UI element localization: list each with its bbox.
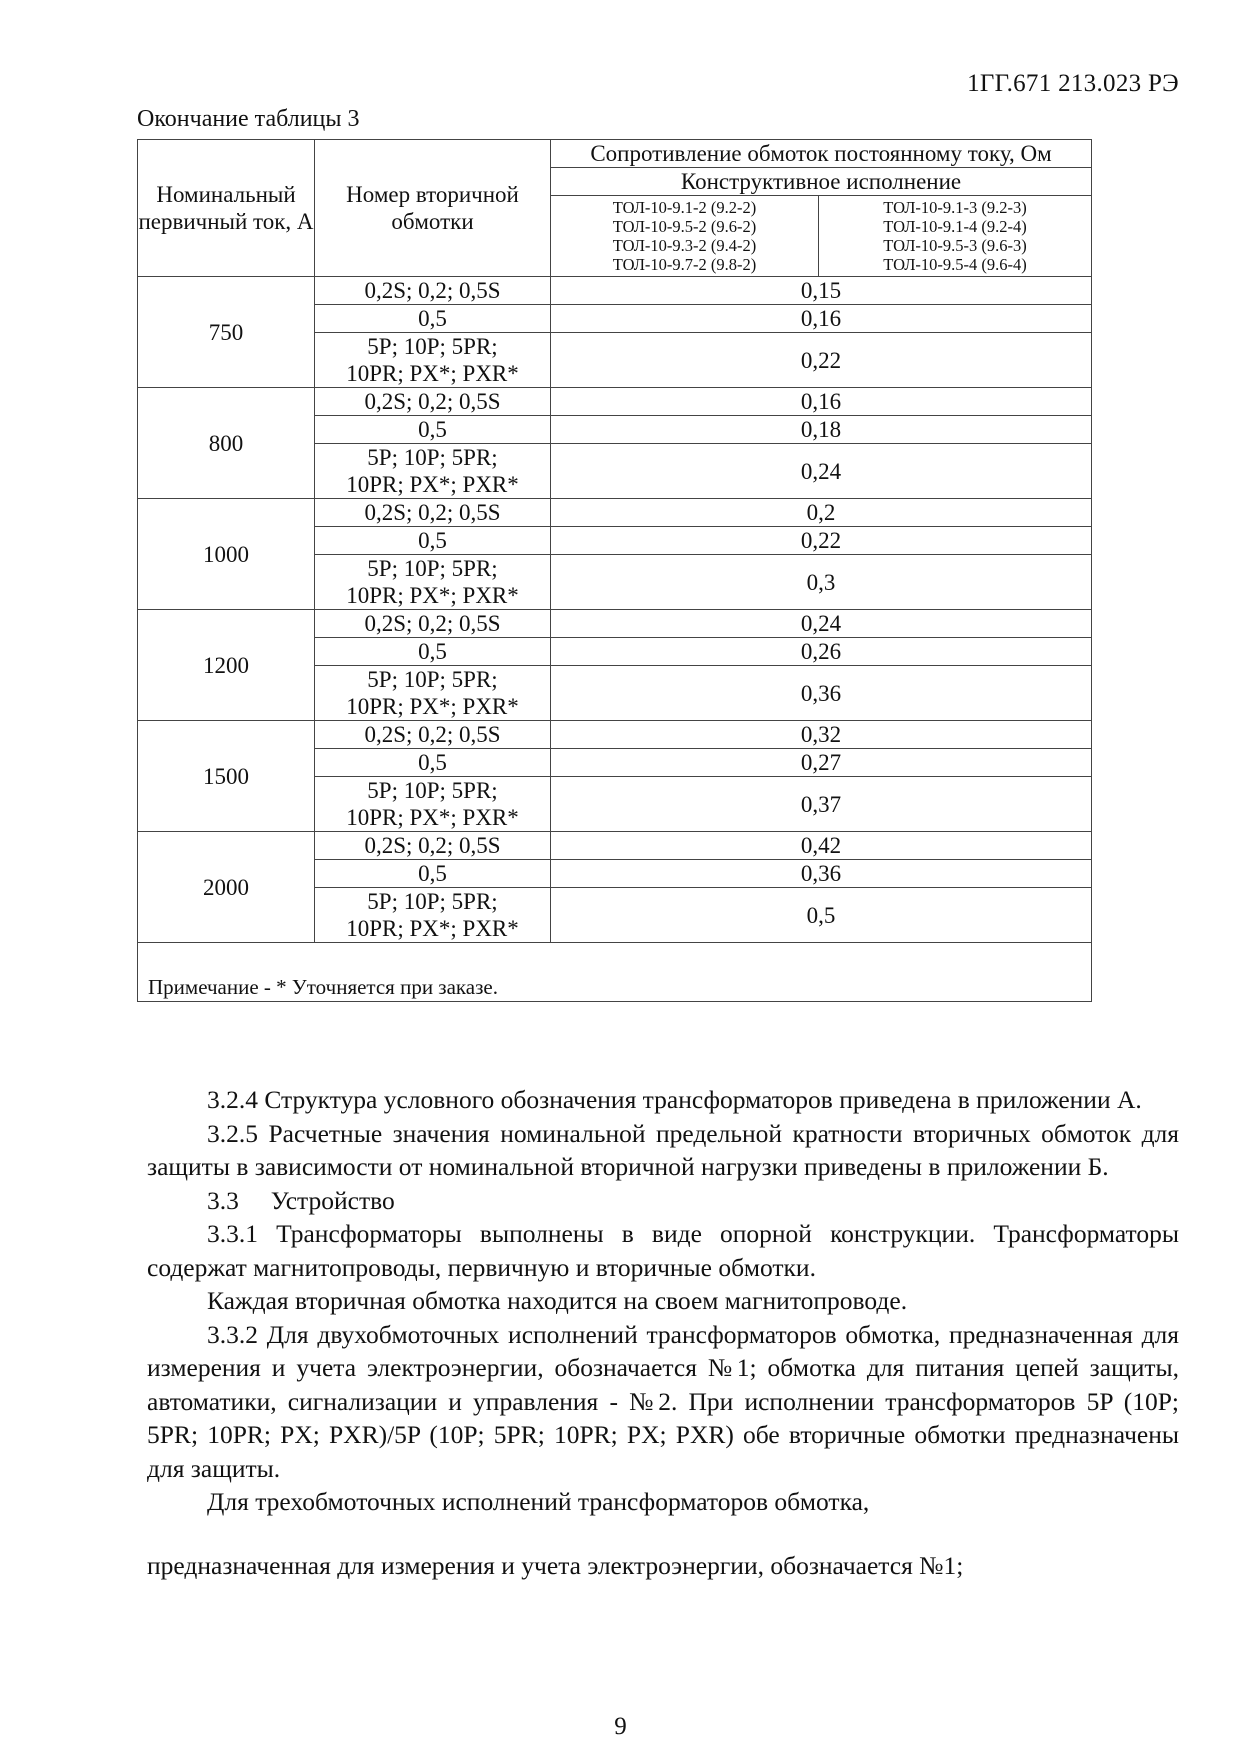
paragraph-3-2-4: 3.2.4 Структура условного обозначения тр… bbox=[147, 1083, 1179, 1117]
resistance-value-cell: 0,16 bbox=[551, 305, 1092, 333]
secondary-winding-cell: 5P; 10P; 5PR; 10PR; PX*; PXR* bbox=[315, 888, 551, 943]
table-body: 7500,2S; 0,2; 0,5S0,150,50,165P; 10P; 5P… bbox=[138, 277, 1092, 943]
header-design-group-2: ТОЛ-10-9.1-3 (9.2-3) ТОЛ-10-9.1-4 (9.2-4… bbox=[819, 196, 1092, 277]
table-row: 15000,2S; 0,2; 0,5S0,32 bbox=[138, 721, 1092, 749]
paragraph-3-3-1: 3.3.1 Трансформаторы выполнены в виде оп… bbox=[147, 1217, 1179, 1284]
design-model: ТОЛ-10-9.5-2 (9.6-2) bbox=[551, 217, 818, 236]
header-resistance: Сопротивление обмоток постоянному току, … bbox=[551, 140, 1092, 168]
secondary-winding-cell: 5P; 10P; 5PR; 10PR; PX*; PXR* bbox=[315, 777, 551, 832]
resistance-value-cell: 0,26 bbox=[551, 638, 1092, 666]
paragraph-three-winding: Для трехобмоточных исполнений трансформа… bbox=[147, 1485, 1179, 1519]
secondary-winding-cell: 5P; 10P; 5PR; 10PR; PX*; PXR* bbox=[315, 444, 551, 499]
resistance-value-cell: 0,37 bbox=[551, 777, 1092, 832]
paragraph-continuation: предназначенная для измерения и учета эл… bbox=[147, 1549, 1179, 1583]
resistance-value-cell: 0,16 bbox=[551, 388, 1092, 416]
secondary-winding-cell: 0,2S; 0,2; 0,5S bbox=[315, 721, 551, 749]
resistance-value-cell: 0,24 bbox=[551, 610, 1092, 638]
primary-current-cell: 1000 bbox=[138, 499, 315, 610]
header-design: Конструктивное исполнение bbox=[551, 168, 1092, 196]
resistance-value-cell: 0,27 bbox=[551, 749, 1092, 777]
secondary-winding-cell: 5P; 10P; 5PR; 10PR; PX*; PXR* bbox=[315, 555, 551, 610]
table-row: 10000,2S; 0,2; 0,5S0,2 bbox=[138, 499, 1092, 527]
table-row: 7500,2S; 0,2; 0,5S0,15 bbox=[138, 277, 1092, 305]
resistance-value-cell: 0,22 bbox=[551, 333, 1092, 388]
body-text: 3.2.4 Структура условного обозначения тр… bbox=[147, 1083, 1179, 1582]
primary-current-cell: 800 bbox=[138, 388, 315, 499]
design-model: ТОЛ-10-9.1-3 (9.2-3) bbox=[819, 198, 1091, 217]
section-heading-3-3: 3.3 Устройство bbox=[147, 1184, 1179, 1218]
secondary-winding-cell: 0,5 bbox=[315, 305, 551, 333]
page-number: 9 bbox=[0, 1713, 1241, 1741]
secondary-winding-cell: 0,5 bbox=[315, 527, 551, 555]
design-model: ТОЛ-10-9.7-2 (9.8-2) bbox=[551, 255, 818, 274]
design-model: ТОЛ-10-9.1-4 (9.2-4) bbox=[819, 217, 1091, 236]
resistance-table: Номинальный первичный ток, А Номер втори… bbox=[137, 139, 1092, 1002]
resistance-value-cell: 0,2 bbox=[551, 499, 1092, 527]
secondary-winding-cell: 0,2S; 0,2; 0,5S bbox=[315, 277, 551, 305]
resistance-value-cell: 0,24 bbox=[551, 444, 1092, 499]
secondary-winding-cell: 0,5 bbox=[315, 416, 551, 444]
header-design-group-1: ТОЛ-10-9.1-2 (9.2-2) ТОЛ-10-9.5-2 (9.6-2… bbox=[551, 196, 819, 277]
table-row: 12000,2S; 0,2; 0,5S0,24 bbox=[138, 610, 1092, 638]
paragraph-3-2-5: 3.2.5 Расчетные значения номинальной пре… bbox=[147, 1117, 1179, 1184]
table-caption: Окончание таблицы 3 bbox=[137, 106, 360, 133]
secondary-winding-cell: 0,2S; 0,2; 0,5S bbox=[315, 610, 551, 638]
secondary-winding-cell: 0,5 bbox=[315, 860, 551, 888]
paragraph-windings: Каждая вторичная обмотка находится на св… bbox=[147, 1284, 1179, 1318]
primary-current-cell: 2000 bbox=[138, 832, 315, 943]
secondary-winding-cell: 0,2S; 0,2; 0,5S bbox=[315, 499, 551, 527]
resistance-value-cell: 0,42 bbox=[551, 832, 1092, 860]
secondary-winding-cell: 5P; 10P; 5PR; 10PR; PX*; PXR* bbox=[315, 666, 551, 721]
resistance-value-cell: 0,36 bbox=[551, 860, 1092, 888]
design-model: ТОЛ-10-9.5-3 (9.6-3) bbox=[819, 236, 1091, 255]
secondary-winding-cell: 0,2S; 0,2; 0,5S bbox=[315, 388, 551, 416]
table-row: 8000,2S; 0,2; 0,5S0,16 bbox=[138, 388, 1092, 416]
table-note: Примечание - * Уточняется при заказе. bbox=[138, 943, 1092, 1002]
header-secondary-winding: Номер вторичной обмотки bbox=[315, 140, 551, 277]
design-model: ТОЛ-10-9.5-4 (9.6-4) bbox=[819, 255, 1091, 274]
design-model: ТОЛ-10-9.3-2 (9.4-2) bbox=[551, 236, 818, 255]
secondary-winding-cell: 0,5 bbox=[315, 638, 551, 666]
table-row: 20000,2S; 0,2; 0,5S0,42 bbox=[138, 832, 1092, 860]
resistance-value-cell: 0,3 bbox=[551, 555, 1092, 610]
resistance-value-cell: 0,15 bbox=[551, 277, 1092, 305]
secondary-winding-cell: 0,2S; 0,2; 0,5S bbox=[315, 832, 551, 860]
primary-current-cell: 1500 bbox=[138, 721, 315, 832]
resistance-value-cell: 0,5 bbox=[551, 888, 1092, 943]
resistance-value-cell: 0,22 bbox=[551, 527, 1092, 555]
paragraph-3-3-2: 3.3.2 Для двухобмоточных исполнений тран… bbox=[147, 1318, 1179, 1486]
resistance-value-cell: 0,18 bbox=[551, 416, 1092, 444]
secondary-winding-cell: 5P; 10P; 5PR; 10PR; PX*; PXR* bbox=[315, 333, 551, 388]
design-model: ТОЛ-10-9.1-2 (9.2-2) bbox=[551, 198, 818, 217]
header-primary-current: Номинальный первичный ток, А bbox=[138, 140, 315, 277]
document-code: 1ГГ.671 213.023 РЭ bbox=[967, 70, 1179, 98]
primary-current-cell: 750 bbox=[138, 277, 315, 388]
resistance-value-cell: 0,32 bbox=[551, 721, 1092, 749]
resistance-value-cell: 0,36 bbox=[551, 666, 1092, 721]
secondary-winding-cell: 0,5 bbox=[315, 749, 551, 777]
primary-current-cell: 1200 bbox=[138, 610, 315, 721]
